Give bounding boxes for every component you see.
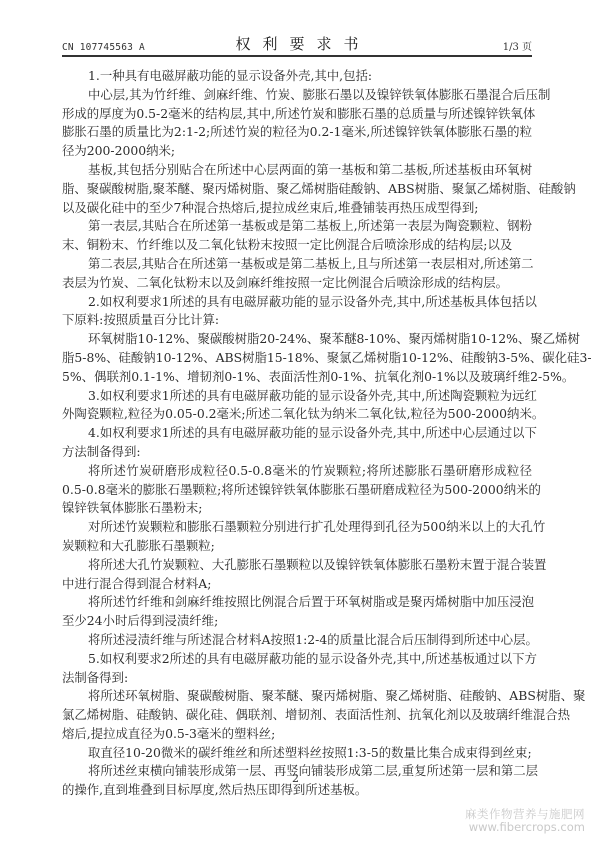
claim-text-line: 对所述竹炭颗粒和膨胀石墨颗粒分别进行扩孔处理得到孔径为500纳米以上的大孔竹 [62,518,532,537]
claim-text-line: 法制备得到: [62,669,532,688]
header-divider [62,55,532,57]
claim-text-line: 5.如权利要求2所述的具有电磁屏蔽功能的显示设备外壳,其中,所述基板通过以下方 [62,650,532,669]
claim-text-line: 下原料:按照质量百分比计算: [62,311,532,330]
claim-text-line: 将所述浸渍纤维与所述混合材料A按照1:2-4的质量比混合后压制得到所述中心层。 [62,631,532,650]
claim-text-line: 2.如权利要求1所述的具有电磁屏蔽功能的显示设备外壳,其中,所述基板具体包括以 [62,293,532,312]
claim-text-line: 3.如权利要求1所述的具有电磁屏蔽功能的显示设备外壳,其中,所述陶瓷颗粒为远红 [62,387,532,406]
page-count: 1/3 页 [503,38,532,53]
claim-text-line: 将所述环氧树脂、聚碳酸树脂、聚苯醚、聚丙烯树脂、聚乙烯树脂、硅酸钠、ABS树脂、… [62,687,532,706]
claim-text-line: 形成的厚度为0.5-2毫米的结构层,其中,所述竹炭和膨胀石墨的总质量与所述镍锌铁… [62,105,532,124]
claim-text-line: 第一表层,其贴合在所述第一基板或是第二基板上,所述第一表层为陶瓷颗粒、钢粉 [62,217,532,236]
claim-text-line: 脂、聚碳酸树脂,聚苯醚、聚丙烯树脂、聚乙烯树脂硅酸钠、ABS树脂、聚氯乙烯树脂、… [62,180,532,199]
claim-text-line: 炭颗粒和大孔膨胀石墨颗粒; [62,537,532,556]
watermark: 麻类作物营养与施肥网 www.fibercrops.com [465,808,585,834]
claim-text-line: 脂5-8%、硅酸钠10-12%、ABS树脂15-18%、聚氯乙烯树脂10-12%… [62,349,532,368]
claim-text-line: 0.5-0.8毫米的膨胀石墨颗粒;将所述镍锌铁氧体膨胀石墨研磨成粒径为500-2… [62,481,532,500]
claim-text-line: 径为200-2000纳米; [62,142,532,161]
claim-text-line: 至少24小时后得到浸渍纤维; [62,612,532,631]
claim-text-line: 将所述竹炭研磨形成粒径0.5-0.8毫米的竹炭颗粒;将所述膨胀石墨研磨形成粒径 [62,462,532,481]
page-header: CN 107745563 A 权利要求书 1/3 页 [62,38,532,56]
claim-text-line: 方法制备得到: [62,443,532,462]
claim-text-line: 中心层,其为竹纤维、剑麻纤维、竹炭、膨胀石墨以及镍锌铁氧体膨胀石墨混合后压制 [62,86,532,105]
claim-text-line: 4.如权利要求1所述的具有电磁屏蔽功能的显示设备外壳,其中,所述中心层通过以下 [62,424,532,443]
claim-text-line: 环氧树脂10-12%、聚碳酸树脂20-24%、聚苯醚8-10%、聚丙烯树脂10-… [62,330,532,349]
watermark-url: www.fibercrops.com [465,821,585,834]
claim-text-line: 基板,其包括分别贴合在所述中心层两面的第一基板和第二基板,所述基板由环氧树 [62,161,532,180]
claim-text-line: 镍锌铁氧体膨胀石墨粉末; [62,499,532,518]
claim-text-line: 1.一种具有电磁屏蔽功能的显示设备外壳,其中,包括: [62,67,532,86]
claim-text-line: 将所述竹纤维和剑麻纤维按照比例混合后置于环氧树脂或是聚丙烯树脂中加压浸泡 [62,593,532,612]
claim-text-line: 取直径10-20微米的碳纤维丝和所述塑料丝按照1:3-5的数量比集合成束得到丝束… [62,744,532,763]
claim-text-line: 5%、偶联剂0.1-1%、增韧剂0-1%、表面活性剂0-1%、抗氧化剂0-1%以… [62,368,532,387]
claim-text-line: 表层为竹炭、二氧化钛粉末以及剑麻纤维按照一定比例混合后喷涂形成的结构层。 [62,274,532,293]
claim-text-line: 外陶瓷颗粒,粒径为0.05-0.2毫米;所述二氧化钛为纳米二氧化钛,粒径为500… [62,405,532,424]
claim-text-line: 中进行混合得到混合材料A; [62,575,532,594]
claims-body: 1.一种具有电磁屏蔽功能的显示设备外壳,其中,包括:中心层,其为竹纤维、剑麻纤维… [62,67,532,800]
claim-text-line: 末、铜粉末、竹纤维以及二氧化钛粉末按照一定比例混合后喷涂形成的结构层;以及 [62,236,532,255]
document-title: 权利要求书 [62,33,532,54]
page-number: 2 [292,772,299,785]
claim-text-line: 以及碳化硅中的至少7种混合热熔后,提拉成丝束后,堆叠铺装再热压成型得到; [62,199,532,218]
claim-text-line: 第二表层,其贴合在所述第一基板或是第二基板上,且与所述第一表层相对,所述第二 [62,255,532,274]
claim-text-line: 氯乙烯树脂、硅酸钠、碳化硅、偶联剂、增韧剂、表面活性剂、抗氧化剂以及玻璃纤维混合… [62,706,532,725]
claim-text-line: 膨胀石墨的质量比为2:1-2;所述竹炭的粒径为0.2-1毫米,所述镍锌铁氧体膨胀… [62,123,532,142]
claim-text-line: 熔后,提拉成直径为0.5-3毫米的塑料丝; [62,725,532,744]
claim-text-line: 将所述大孔竹炭颗粒、大孔膨胀石墨颗粒以及镍锌铁氧体膨胀石墨粉末置于混合装置 [62,556,532,575]
